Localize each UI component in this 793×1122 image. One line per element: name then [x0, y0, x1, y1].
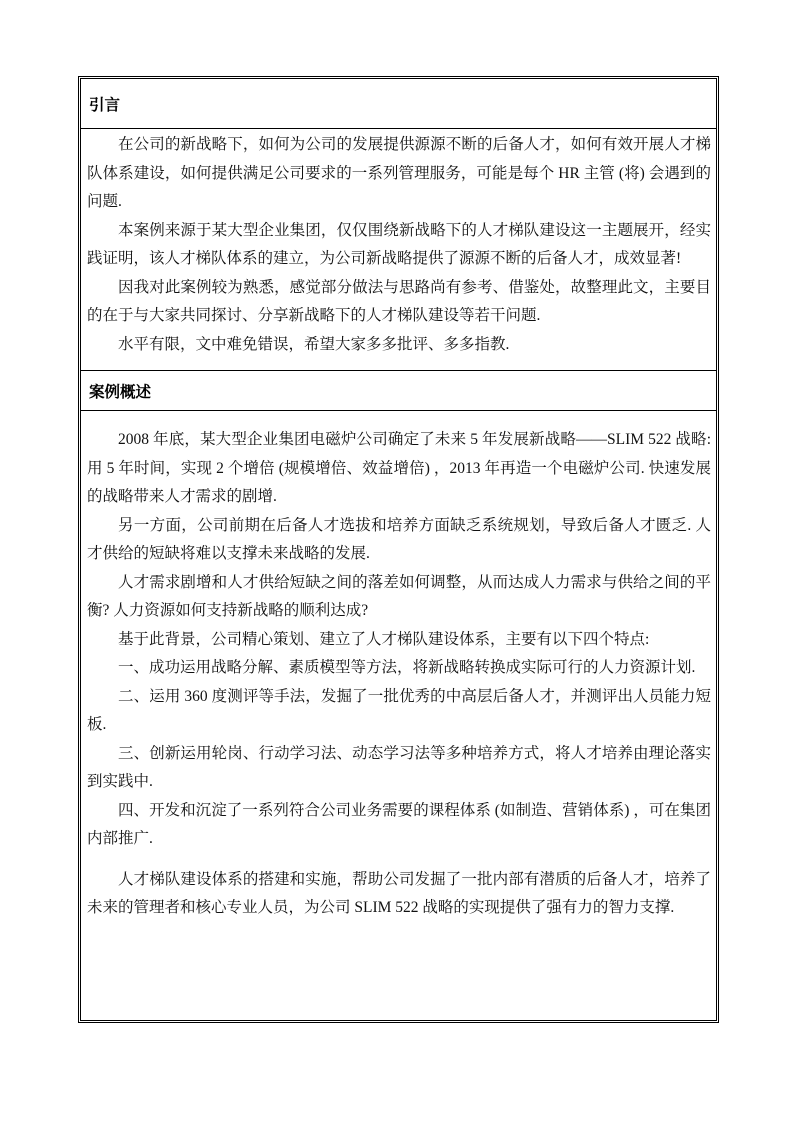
paragraph: 本案例来源于某大型企业集团，仅仅围绕新战略下的人才梯队建设这一主题展开，经实践证…: [87, 217, 711, 274]
paragraph: 二、运用 360 度测评等手法，发掘了一批优秀的中高层后备人才，并测评出人员能力…: [87, 683, 711, 740]
paragraph: 水平有限，文中难免错误，希望大家多多批评、多多指教.: [87, 331, 711, 360]
paragraph: 2008 年底，某大型企业集团电磁炉公司确定了未来 5 年发展新战略——SLIM…: [87, 426, 711, 512]
document-page: 引言 在公司的新战略下，如何为公司的发展提供源源不断的后备人才，如何有效开展人才…: [0, 0, 793, 1122]
section-header-overview: 案例概述: [81, 370, 716, 410]
paragraph: 人才梯队建设体系的搭建和实施，帮助公司发掘了一批内部有潜质的后备人才，培养了未来…: [87, 866, 711, 923]
section-title-overview: 案例概述: [89, 380, 151, 402]
section-title-intro: 引言: [89, 93, 120, 115]
paragraph: 三、创新运用轮岗、行动学习法、动态学习法等多种培养方式，将人才培养由理论落实到实…: [87, 740, 711, 797]
paragraph: 因我对此案例较为熟悉，感觉部分做法与思路尚有参考、借鉴处，故整理此文，主要目的在…: [87, 274, 711, 331]
paragraph: 在公司的新战略下，如何为公司的发展提供源源不断的后备人才，如何有效开展人才梯队体…: [87, 131, 711, 217]
paragraph: 基于此背景，公司精心策划、建立了人才梯队建设体系，主要有以下四个特点:: [87, 626, 711, 655]
paragraph: 一、成功运用战略分解、素质模型等方法，将新战略转换成实际可行的人力资源计划.: [87, 654, 711, 683]
section-body-overview: 2008 年底，某大型企业集团电磁炉公司确定了未来 5 年发展新战略——SLIM…: [81, 410, 716, 1020]
paragraph: 四、开发和沉淀了一系列符合公司业务需要的课程体系 (如制造、营销体系) ，可在集…: [87, 797, 711, 854]
case-document-table: 引言 在公司的新战略下，如何为公司的发展提供源源不断的后备人才，如何有效开展人才…: [78, 76, 719, 1023]
paragraph: 另一方面，公司前期在后备人才选拔和培养方面缺乏系统规划，导致后备人才匮乏. 人才…: [87, 512, 711, 569]
paragraph: 人才需求剧增和人才供给短缺之间的落差如何调整，从而达成人力需求与供给之间的平衡?…: [87, 569, 711, 626]
section-header-intro: 引言: [81, 79, 716, 128]
section-body-intro: 在公司的新战略下，如何为公司的发展提供源源不断的后备人才，如何有效开展人才梯队体…: [81, 128, 716, 370]
